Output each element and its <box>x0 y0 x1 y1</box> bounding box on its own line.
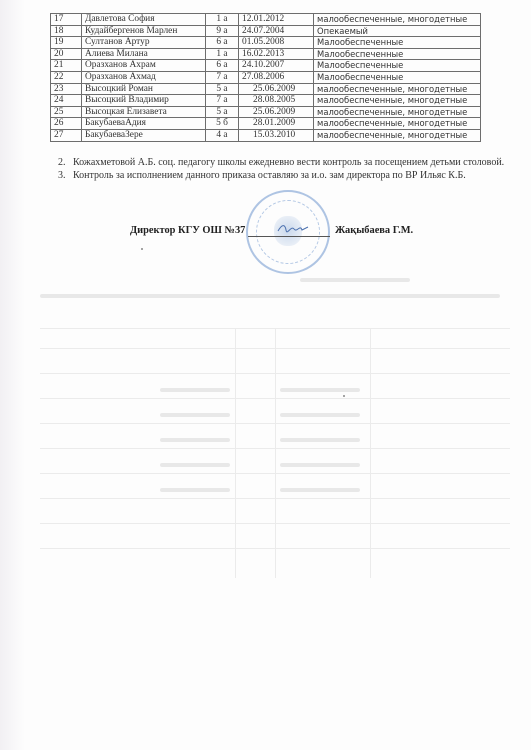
student-name: Оразханов Ахрам <box>82 60 206 72</box>
date-of-birth: 16.02.2013 <box>239 48 314 60</box>
social-status: Опекаемый <box>314 25 481 37</box>
item-text: Кожахметовой А.Б. соц. педагогу школы еж… <box>73 156 504 169</box>
signatory-title: Директор КГУ ОШ №37 <box>130 225 245 236</box>
student-name: Кудайбергенов Марлен <box>82 25 206 37</box>
date-of-birth: 28.01.2009 <box>239 118 314 130</box>
social-status: Малообеспеченные <box>314 48 481 60</box>
date-of-birth: 25.06.2009 <box>239 83 314 95</box>
reverse-side-bleed-through <box>40 268 510 588</box>
table-row: 25 Высоцкая Елизавета 5 а 25.06.2009 мал… <box>51 106 481 118</box>
table-row: 27 БакубаеваЗере 4 а 15.03.2010 малообес… <box>51 129 481 141</box>
student-class: 6 а <box>206 60 239 72</box>
table-row: 20 Алиева Милана 1 а 16.02.2013 Малообес… <box>51 48 481 60</box>
student-name: БакубаеваАдия <box>82 118 206 130</box>
item-number: 3. <box>58 169 73 182</box>
student-name: БакубаеваЗере <box>82 129 206 141</box>
table-row: 22 Оразханов Ахмад 7 а 27.08.2006 Малооб… <box>51 71 481 83</box>
social-status: Малообеспеченные <box>314 37 481 49</box>
date-of-birth: 28.08.2005 <box>239 95 314 107</box>
order-item-2: 2. Кожахметовой А.Б. соц. педагогу школы… <box>58 156 508 169</box>
student-name: Давлетова София <box>82 14 206 26</box>
row-number: 27 <box>51 129 82 141</box>
row-number: 22 <box>51 71 82 83</box>
row-number: 26 <box>51 118 82 130</box>
table-row: 23 Высоцкий Роман 5 а 25.06.2009 малообе… <box>51 83 481 95</box>
student-name: Высоцкая Елизавета <box>82 106 206 118</box>
scan-speck <box>141 248 143 250</box>
student-class: 1 а <box>206 48 239 60</box>
scan-speck <box>343 395 345 397</box>
social-status: малообеспеченные, многодетные <box>314 83 481 95</box>
table-row: 18 Кудайбергенов Марлен 9 а 24.07.2004 О… <box>51 25 481 37</box>
table-row: 19 Султанов Артур 6 а 01.05.2008 Малообе… <box>51 37 481 49</box>
student-class: 5 а <box>206 83 239 95</box>
social-status: малообеспеченные, многодетные <box>314 14 481 26</box>
social-status: Малообеспеченные <box>314 71 481 83</box>
row-number: 20 <box>51 48 82 60</box>
social-status: малообеспеченные, многодетные <box>314 95 481 107</box>
social-status: малообеспеченные, многодетные <box>314 106 481 118</box>
social-status: Малообеспеченные <box>314 60 481 72</box>
student-name: Высоцкий Владимир <box>82 95 206 107</box>
social-status: малообеспеченные, многодетные <box>314 118 481 130</box>
item-text: Контроль за исполнением данного приказа … <box>73 169 466 182</box>
date-of-birth: 25.06.2009 <box>239 106 314 118</box>
signature-scribble <box>276 222 310 234</box>
row-number: 21 <box>51 60 82 72</box>
date-of-birth: 15.03.2010 <box>239 129 314 141</box>
date-of-birth: 24.07.2004 <box>239 25 314 37</box>
date-of-birth: 01.05.2008 <box>239 37 314 49</box>
social-status: малообеспеченные, многодетные <box>314 129 481 141</box>
student-list-table: 17 Давлетова София 1 а 12.01.2012 малооб… <box>50 13 481 142</box>
student-class: 5 а <box>206 106 239 118</box>
row-number: 24 <box>51 95 82 107</box>
table-row: 26 БакубаеваАдия 5 б 28.01.2009 малообес… <box>51 118 481 130</box>
row-number: 23 <box>51 83 82 95</box>
student-class: 4 а <box>206 129 239 141</box>
student-class: 5 б <box>206 118 239 130</box>
row-number: 19 <box>51 37 82 49</box>
table-row: 21 Оразханов Ахрам 6 а 24.10.2007 Малооб… <box>51 60 481 72</box>
student-class: 7 а <box>206 95 239 107</box>
table-row: 17 Давлетова София 1 а 12.01.2012 малооб… <box>51 14 481 26</box>
student-class: 6 а <box>206 37 239 49</box>
student-class: 7 а <box>206 71 239 83</box>
row-number: 25 <box>51 106 82 118</box>
signature-line <box>248 236 330 237</box>
student-name: Высоцкий Роман <box>82 83 206 95</box>
date-of-birth: 27.08.2006 <box>239 71 314 83</box>
scan-speck <box>102 163 104 165</box>
table-row: 24 Высоцкий Владимир 7 а 28.08.2005 мало… <box>51 95 481 107</box>
student-class: 9 а <box>206 25 239 37</box>
order-items: 2. Кожахметовой А.Б. соц. педагогу школы… <box>58 156 508 182</box>
date-of-birth: 24.10.2007 <box>239 60 314 72</box>
student-name: Султанов Артур <box>82 37 206 49</box>
student-name: Алиева Милана <box>82 48 206 60</box>
order-item-3: 3. Контроль за исполнением данного прика… <box>58 169 508 182</box>
student-class: 1 а <box>206 14 239 26</box>
row-number: 18 <box>51 25 82 37</box>
date-of-birth: 12.01.2012 <box>239 14 314 26</box>
row-number: 17 <box>51 14 82 26</box>
student-name: Оразханов Ахмад <box>82 71 206 83</box>
signatory-name: Жақыбаева Г.М. <box>335 225 413 236</box>
item-number: 2. <box>58 156 73 169</box>
